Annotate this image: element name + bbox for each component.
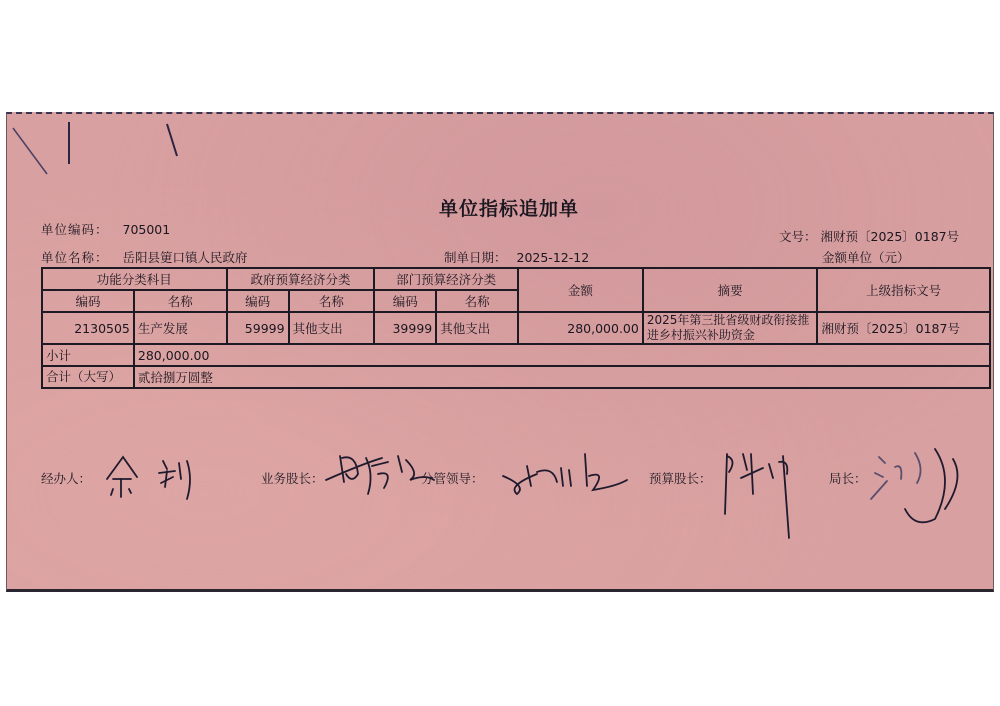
unit-name-label: 单位名称： — [41, 250, 109, 265]
unit-name-line: 单位名称： 岳阳县筻口镇人民政府 — [41, 248, 248, 266]
dept-code-header: 编码 — [374, 290, 436, 312]
budget-chief-label: 预算股长： — [649, 469, 712, 487]
doc-number-label: 文号： — [779, 229, 817, 244]
director-label: 局长： — [829, 469, 867, 487]
summary-cell: 2025年第三批省级财政衔接推进乡村振兴补助资金 — [643, 312, 818, 344]
func-name-header: 名称 — [134, 290, 227, 312]
functional-class-header: 功能分类科目 — [42, 268, 227, 290]
budget-chief-signature — [713, 434, 813, 544]
subtotal-label: 小计 — [42, 344, 134, 366]
summary-header: 摘要 — [643, 268, 818, 312]
amount-header: 金额 — [518, 268, 643, 312]
gov-econ-class-header: 政府预算经济分类 — [227, 268, 375, 290]
date-value: 2025-12-12 — [517, 250, 590, 265]
leader-signature — [497, 446, 637, 496]
gov-code-header: 编码 — [227, 290, 289, 312]
director-signature — [865, 439, 995, 539]
gov-name-header: 名称 — [289, 290, 375, 312]
handler-signature — [103, 449, 203, 509]
dept-name-cell: 其他支出 — [436, 312, 518, 344]
upper-doc-header: 上级指标文号 — [817, 268, 990, 312]
index-table: 功能分类科目 政府预算经济分类 部门预算经济分类 金额 摘要 上级指标文号 编码… — [41, 267, 991, 389]
gov-name-cell: 其他支出 — [289, 312, 375, 344]
index-addition-form: 单位指标追加单 单位编码： 705001 文号： 湘财预〔2025〕0187号 … — [6, 112, 994, 592]
date-label: 制单日期： — [444, 250, 507, 265]
gov-code-cell: 59999 — [227, 312, 289, 344]
upper-doc-cell: 湘财预〔2025〕0187号 — [817, 312, 990, 344]
group-header-row: 功能分类科目 政府预算经济分类 部门预算经济分类 金额 摘要 上级指标文号 — [42, 268, 990, 290]
table-row: 2130505 生产发展 59999 其他支出 39999 其他支出 280,0… — [42, 312, 990, 344]
unit-name-value: 岳阳县筻口镇人民政府 — [123, 250, 248, 265]
dept-name-header: 名称 — [436, 290, 518, 312]
amount-unit: 金额单位（元） — [822, 248, 910, 266]
total-row: 合计（大写） 贰拾捌万圆整 — [42, 366, 990, 388]
func-code-cell: 2130505 — [42, 312, 134, 344]
business-chief-label: 业务股长： — [261, 469, 324, 487]
handler-label: 经办人： — [41, 469, 91, 487]
form-title: 单位指标追加单 — [439, 194, 579, 221]
doc-number-value: 湘财预〔2025〕0187号 — [821, 229, 960, 244]
subtotal-value: 280,000.00 — [134, 344, 990, 366]
subtotal-row: 小计 280,000.00 — [42, 344, 990, 366]
func-code-header: 编码 — [42, 290, 134, 312]
dept-econ-class-header: 部门预算经济分类 — [374, 268, 518, 290]
unit-code-line: 单位编码： 705001 — [41, 220, 170, 238]
date-line: 制单日期： 2025-12-12 — [444, 248, 589, 266]
unit-code-value: 705001 — [123, 222, 171, 237]
leader-label: 分管领导： — [421, 469, 484, 487]
pen-mark-decoration — [7, 114, 207, 194]
dept-code-cell: 39999 — [374, 312, 436, 344]
total-upper-value: 贰拾捌万圆整 — [134, 366, 990, 388]
doc-number-line: 文号： 湘财预〔2025〕0187号 — [779, 227, 959, 245]
amount-cell: 280,000.00 — [518, 312, 643, 344]
total-label: 合计（大写） — [42, 366, 134, 388]
unit-code-label: 单位编码： — [41, 222, 109, 237]
func-name-cell: 生产发展 — [134, 312, 227, 344]
